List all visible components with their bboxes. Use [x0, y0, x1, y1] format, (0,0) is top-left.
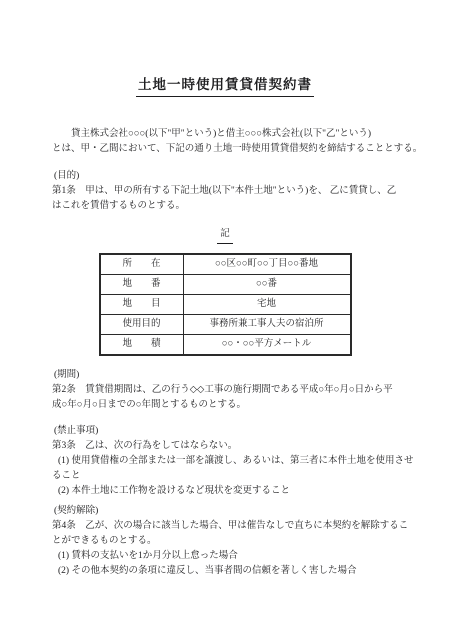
table-value-cell: ○○番	[183, 274, 351, 294]
list-item-line: (2) その他本契約の条項に違反し、当事者間の信頼を著しく害した場合	[52, 564, 398, 579]
article-body-line: 第1条 甲は、甲の所有する下記土地(以下"本件土地"という)を、 乙に賃貸し、乙	[52, 184, 398, 199]
article-body-line: 第3条 乙は、次の行為をしてはならない。	[52, 439, 398, 454]
table-value-cell: ○○・○○平方メートル	[183, 334, 351, 355]
land-info-table: 所 在 ○○区○○町○○丁目○○番地 地 番 ○○番 地 目 宅地 使用目的 事…	[99, 253, 352, 356]
article-body-line: 成○年○月○日までの○年間とするものとする。	[52, 398, 398, 413]
table-value-cell: 事務所兼工事人夫の宿泊所	[183, 314, 351, 334]
ki-marker: 記	[217, 227, 233, 244]
ki-row: 記	[52, 227, 398, 244]
article-body-line: とができるものとする。	[52, 534, 398, 549]
article-body-line: はこれを賃借するものとする。	[52, 199, 398, 214]
table-label-cell: 使用目的	[100, 314, 184, 334]
article-heading: (期間)	[52, 368, 398, 383]
title-row: 土地一時使用賃貸借契約書	[52, 76, 398, 97]
table-row-lot-number: 地 番 ○○番	[100, 274, 351, 294]
article-2-period: (期間) 第2条 賃貸借期間は、乙の行う◇◇工事の施行期間である平成○年○月○日…	[52, 368, 398, 413]
preamble-line: 貸主株式会社○○○(以下"甲"という)と借主○○○株式会社(以下"乙"という)	[52, 127, 398, 142]
list-item-line: (1) 賃料の支払いを1か月分以上怠った場合	[52, 549, 398, 564]
table-label-cell: 所 在	[100, 254, 184, 275]
table-label-cell: 地 番	[100, 274, 184, 294]
table-row-usage-purpose: 使用目的 事務所兼工事人夫の宿泊所	[100, 314, 351, 334]
article-1-purpose: (目的) 第1条 甲は、甲の所有する下記土地(以下"本件土地"という)を、 乙に…	[52, 169, 398, 214]
preamble-line: とは、甲・乙間において、下記の通り土地一時使用賃貸借契約を締結することとする。	[52, 142, 398, 157]
list-item-line: (1) 使用貸借権の全部または一部を譲渡し、あるいは、第三者に本件土地を使用させ	[52, 454, 398, 469]
document-title: 土地一時使用賃貸借契約書	[136, 76, 314, 97]
preamble-paragraph: 貸主株式会社○○○(以下"甲"という)と借主○○○株式会社(以下"乙"という) …	[52, 127, 398, 157]
article-body-line: 第2条 賃貸借期間は、乙の行う◇◇工事の施行期間である平成○年○月○日から平	[52, 383, 398, 398]
article-heading: (禁止事項)	[52, 424, 398, 439]
article-heading: (契約解除)	[52, 504, 398, 519]
article-3-prohibitions: (禁止事項) 第3条 乙は、次の行為をしてはならない。 (1) 使用貸借権の全部…	[52, 424, 398, 499]
table-label-cell: 地 目	[100, 294, 184, 314]
article-4-termination: (契約解除) 第4条 乙が、次の場合に該当した場合、甲は催告なしで直ちに本契約を…	[52, 504, 398, 579]
article-heading: (目的)	[52, 169, 398, 184]
article-body-line: 第4条 乙が、次の場合に該当した場合、甲は催告なしで直ちに本契約を解除するこ	[52, 519, 398, 534]
table-value-cell: 宅地	[183, 294, 351, 314]
table-value-cell: ○○区○○町○○丁目○○番地	[183, 254, 351, 275]
table-label-cell: 地 積	[100, 334, 184, 355]
contract-document-page: 土地一時使用賃貸借契約書 貸主株式会社○○○(以下"甲"という)と借主○○○株式…	[0, 0, 450, 636]
list-item-line: ること	[52, 469, 398, 484]
table-row-land-area: 地 積 ○○・○○平方メートル	[100, 334, 351, 355]
list-item-line: (2) 本件土地に工作物を設けるなど現状を変更すること	[52, 484, 398, 499]
table-row-location: 所 在 ○○区○○町○○丁目○○番地	[100, 254, 351, 275]
table-row-land-category: 地 目 宅地	[100, 294, 351, 314]
